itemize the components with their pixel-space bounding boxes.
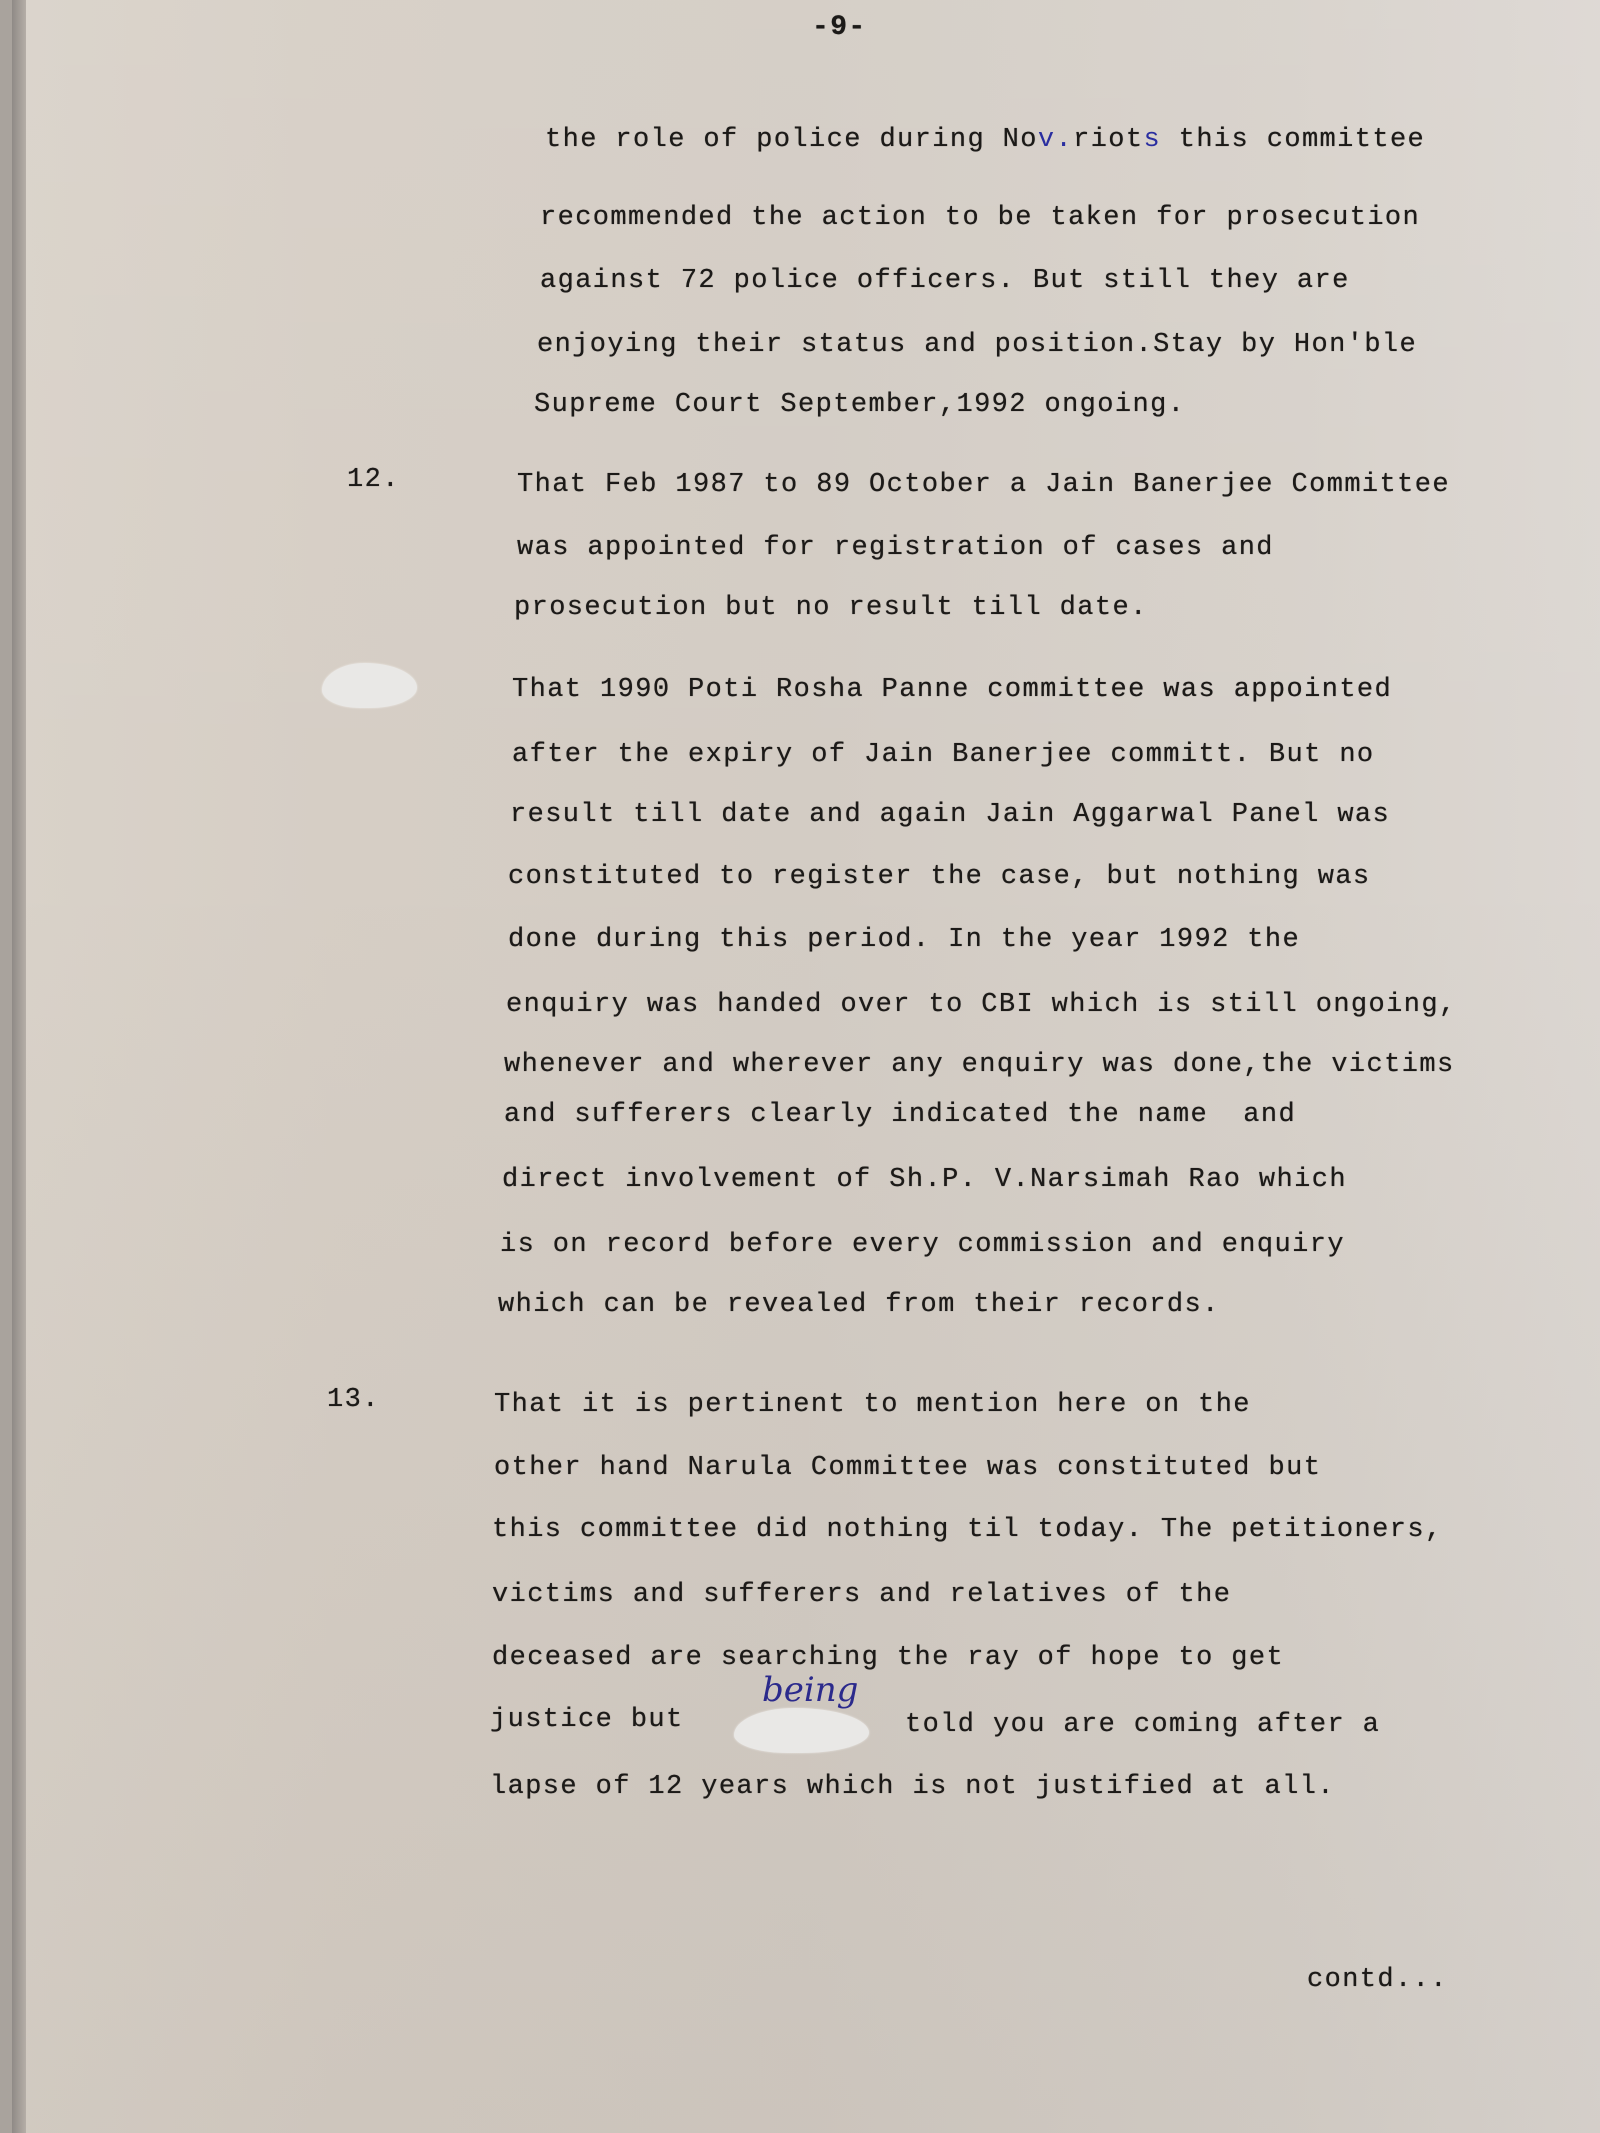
page-number: -9- [812,12,867,43]
text-line: this committee did nothing til today. Th… [492,1515,1443,1545]
handwritten-correction: being [762,1670,858,1710]
continuation-marker: contd... [1307,1965,1448,1995]
text-line: whenever and wherever any enquiry was do… [504,1050,1455,1080]
text-line: prosecution but no result till date. [514,593,1148,623]
text-line: enjoying their status and position.Stay … [537,330,1417,360]
text-line: That Feb 1987 to 89 October a Jain Baner… [517,470,1450,500]
page-edge-shadow [12,0,26,2133]
pen-correction: v. [1038,125,1073,155]
text-line: victims and sufferers and relatives of t… [492,1580,1231,1610]
text-line: lapse of 12 years which is not justified… [490,1772,1335,1802]
correction-fluid-mark [734,1708,869,1753]
text-line: after the expiry of Jain Banerjee commit… [512,740,1375,770]
text-line: was appointed for registration of cases … [517,533,1274,563]
text-line: the role of police during Nov.riots this… [545,125,1425,155]
document-page: -9- the role of police during Nov.riots … [12,0,1600,2133]
text-line: justice but [490,1705,684,1735]
text-line: direct involvement of Sh.P. V.Narsimah R… [502,1165,1347,1195]
text-line: done during this period. In the year 199… [508,925,1300,955]
text-line: is on record before every commission and… [500,1230,1345,1260]
pen-correction: s [1144,125,1162,155]
paragraph-number: 12. [347,465,400,495]
text-line: which can be revealed from their records… [498,1290,1220,1320]
text-line: Supreme Court September,1992 ongoing. [534,390,1185,420]
text-line: That 1990 Poti Rosha Panne committee was… [512,675,1392,705]
text-line: constituted to register the case, but no… [508,862,1371,892]
text-line: deceased are searching the ray of hope t… [492,1643,1284,1673]
correction-fluid-mark [322,663,417,708]
paragraph-number: 13. [327,1385,380,1415]
text-line: told you are coming after a [905,1710,1380,1740]
text-line: result till date and again Jain Aggarwal… [510,800,1390,830]
text-line: other hand Narula Committee was constitu… [494,1453,1321,1483]
text-line: recommended the action to be taken for p… [540,203,1420,233]
text-line: enquiry was handed over to CBI which is … [506,990,1457,1020]
text-line: That it is pertinent to mention here on … [494,1390,1251,1420]
text-line: and sufferers clearly indicated the name… [504,1100,1296,1130]
text-line: against 72 police officers. But still th… [540,266,1350,296]
